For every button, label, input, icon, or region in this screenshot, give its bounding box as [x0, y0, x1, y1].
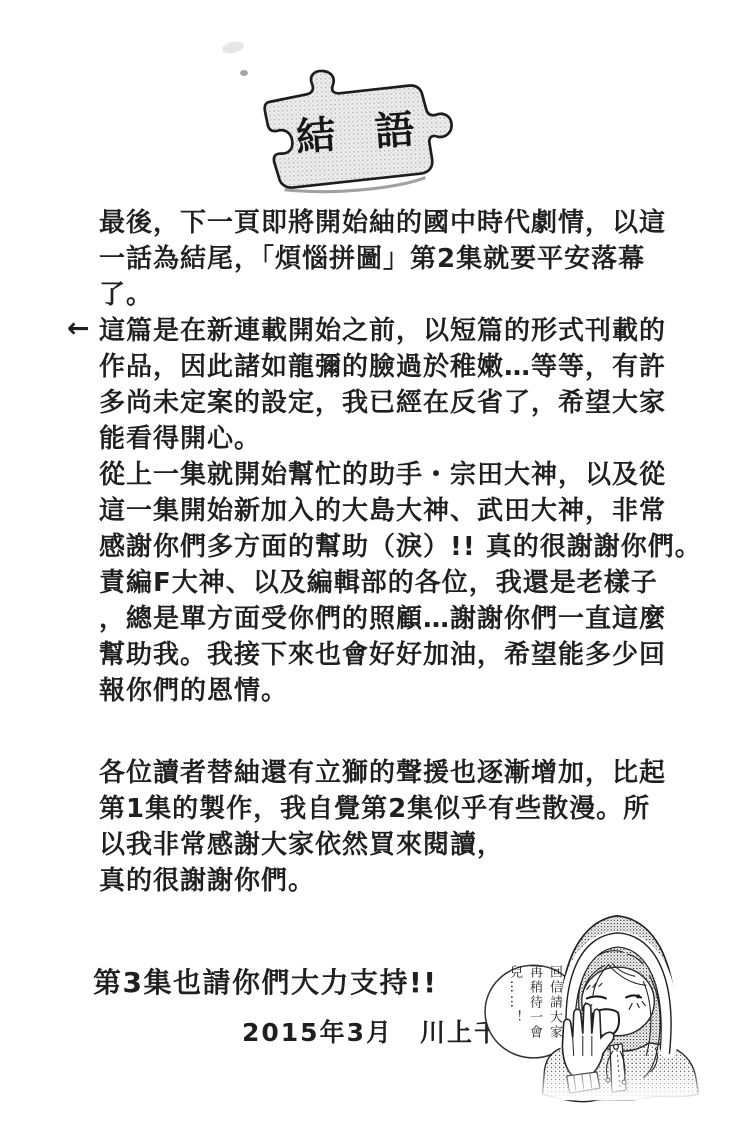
text-line: 這篇是在新連載開始之前，以短篇的形式刊載的	[99, 313, 699, 349]
text-line: 最後，下一頁即將開始紬的國中時代劇情，以這	[99, 205, 699, 241]
text-line: 多尚未定案的設定，我已經在反省了，希望大家	[99, 385, 699, 421]
title-puzzle: 結 語	[237, 64, 459, 202]
puzzle-piece-shape: 結 語	[237, 64, 459, 202]
paragraph-2: ← 這篇是在新連載開始之前，以短篇的形式刊載的 作品，因此諸如龍彌的臉過於稚嫩……	[99, 313, 699, 457]
drawing-fade	[528, 1066, 709, 1100]
text-line: 從上一集就開始幫忙的助手・宗田大神，以及從	[99, 457, 699, 493]
text-line: 了。	[99, 277, 699, 313]
text-line: 報你們的恩情。	[99, 673, 699, 709]
manga-afterword-page: 結 語 最後，下一頁即將開始紬的國中時代劇情，以這 一話為結尾，「煩惱拼圖」第2…	[0, 0, 750, 1125]
text-line: 各位讀者替紬還有立獅的聲援也逐漸增加，比起	[99, 755, 699, 791]
author-illustration: 回信請大家再稍待一會兒……！	[478, 891, 750, 1119]
text-line: ，總是單方面受你們的照顧…謝謝你們一直這麼	[99, 601, 699, 637]
text-line: 這一集開始新加入的大島大神、武田大神，非常	[99, 493, 699, 529]
paragraph-3: 從上一集就開始幫忙的助手・宗田大神，以及從 這一集開始新加入的大島大神、武田大神…	[99, 457, 699, 565]
support-line: 第3集也請你們大力支持!!	[93, 961, 438, 1001]
speech-bubble-text: 回信請大家再稍待一會兒……！	[504, 965, 564, 1045]
text-line: 一話為結尾，「煩惱拼圖」第2集就要平安落幕	[99, 241, 699, 277]
paragraph-5: 各位讀者替紬還有立獅的聲援也逐漸增加，比起 第1集的製作，我自覺第2集似乎有些散…	[99, 755, 699, 899]
text-line: 幫助我。我接下來也會好好加油，希望能多少回	[99, 637, 699, 673]
scan-smudge	[221, 40, 245, 55]
margin-arrow: ←	[67, 313, 91, 344]
text-line: 作品，因此諸如龍彌的臉過於稚嫩…等等，有許	[99, 349, 699, 385]
text-line: 感謝你們多方面的幫助（淚）!! 真的很謝謝你們。	[99, 529, 699, 565]
page-title: 結 語	[295, 107, 417, 161]
paragraph-4: 責編F大神、以及編輯部的各位，我還是老樣子 ，總是單方面受你們的照顧…謝謝你們一…	[99, 565, 699, 709]
text-line: 第1集的製作，我自覺第2集似乎有些散漫。所	[99, 791, 699, 827]
paragraph-1: 最後，下一頁即將開始紬的國中時代劇情，以這 一話為結尾，「煩惱拼圖」第2集就要平…	[99, 205, 699, 313]
text-line: 能看得開心。	[99, 421, 699, 457]
text-line: 責編F大神、以及編輯部的各位，我還是老樣子	[99, 565, 699, 601]
text-line: 以我非常感謝大家依然買來閱讀，	[99, 827, 699, 863]
afterword-text: 最後，下一頁即將開始紬的國中時代劇情，以這 一話為結尾，「煩惱拼圖」第2集就要平…	[99, 205, 699, 899]
